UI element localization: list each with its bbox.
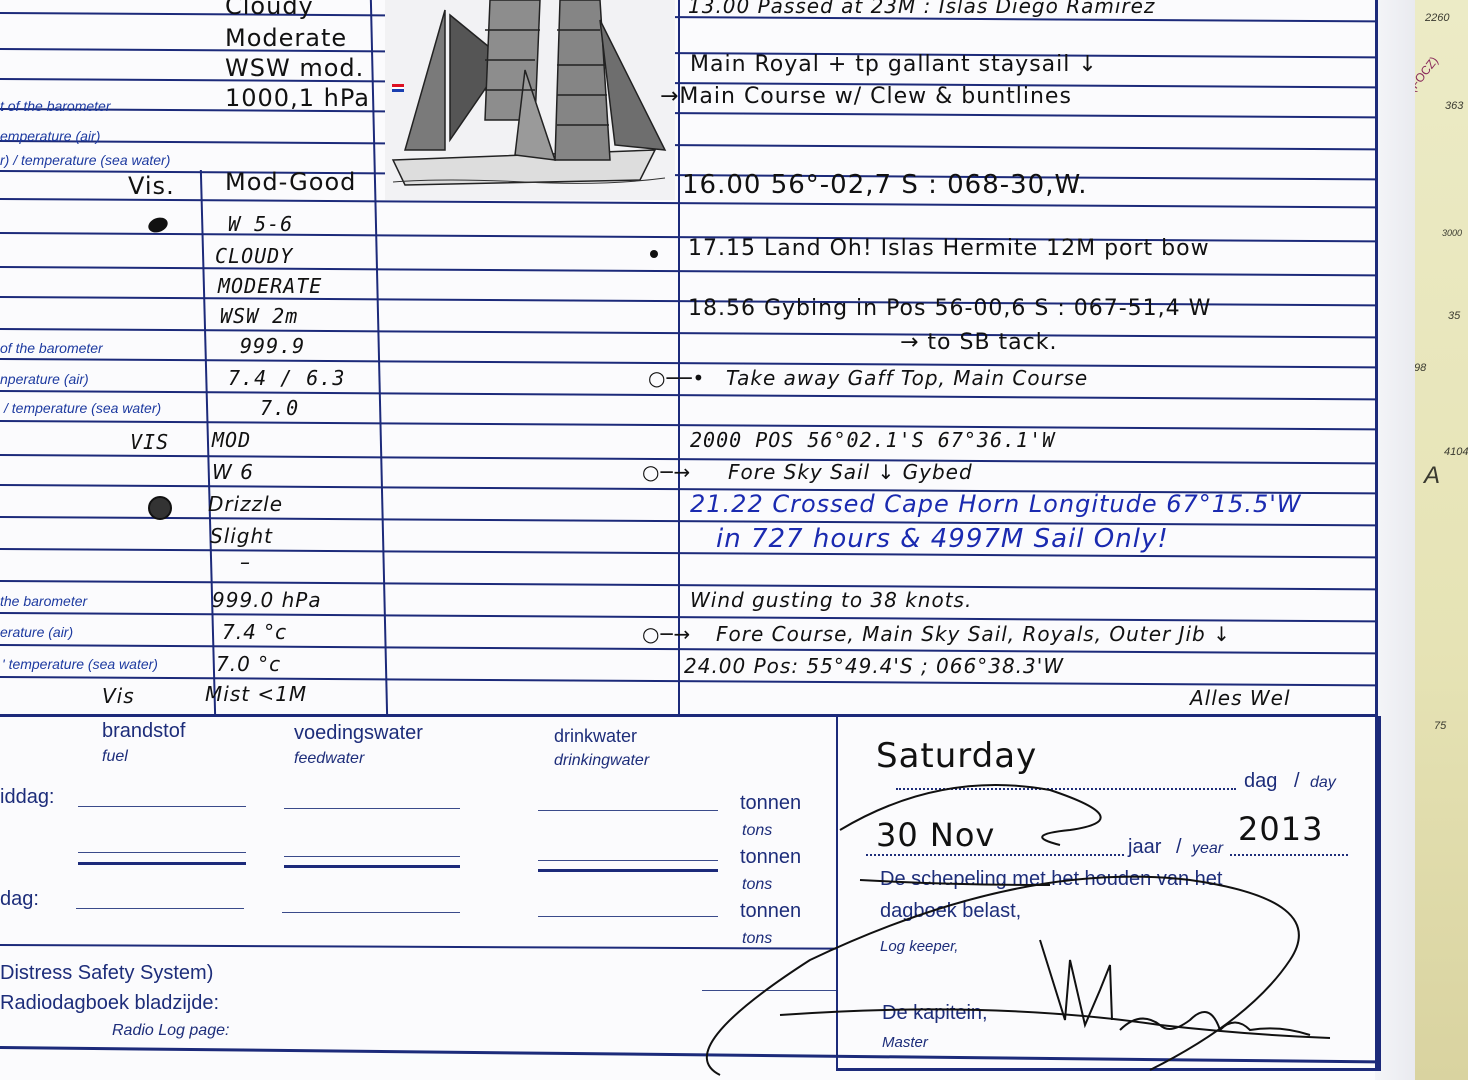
watch2-visibility: MOD: [212, 428, 251, 452]
radio-log-label-en: Radio Log page:: [112, 1022, 229, 1040]
supply-col-feedwater: voedingswater: [294, 722, 423, 745]
watch3-swell: –: [240, 550, 251, 574]
watch1-weather: Cloudy: [225, 0, 314, 20]
supply-col-drinkwater-en: drinkingwater: [554, 752, 649, 770]
fuel-field-3[interactable]: [76, 908, 244, 909]
watch3-wind: W 6: [212, 460, 254, 484]
feedwater-field-1[interactable]: [284, 808, 460, 809]
ruled-line: [0, 548, 1376, 558]
watch3-weather: Drizzle: [208, 492, 283, 516]
supply-row-label: dag:: [0, 888, 39, 911]
label-temp-air: nperature (air): [0, 371, 89, 387]
remark-entry: →Main Course w/ Clew & buntlines: [660, 84, 1072, 109]
chart-depth-label: A: [1424, 462, 1440, 490]
radio-log-label-nl: Radiodagboek bladzijde:: [0, 992, 219, 1015]
watch2-sea: MODERATE: [218, 274, 322, 298]
remark-entry: Alles Wel: [1190, 686, 1291, 710]
watch3-temp-sea: 7.0 °c: [216, 652, 281, 676]
arrow-icon: ○─→: [642, 460, 691, 484]
remark-entry: Main Royal + tp gallant staysail ↓: [690, 52, 1098, 77]
watch2-swell: WSW 2m: [220, 304, 298, 328]
chart-depth-label: 363: [1445, 100, 1463, 112]
ruled-line: [0, 580, 1376, 590]
fuel-field-1[interactable]: [78, 806, 246, 807]
watch2-wind: W 5-6: [228, 212, 293, 236]
watch3-temp-air: 7.4 °c: [222, 620, 287, 644]
page-edge: [1375, 0, 1415, 1080]
log-book-page: t of the barometer emperature (air) r) /…: [0, 0, 1410, 1080]
supply-col-fuel: brandstof: [102, 720, 185, 743]
feedwater-total-rule: [284, 865, 460, 868]
ship-drawing: [385, 0, 675, 200]
ruled-line: [0, 328, 1376, 338]
remark-entry: Fore Sky Sail ↓ Gybed: [728, 460, 973, 484]
remark-entry: Fore Course, Main Sky Sail, Royals, Oute…: [716, 622, 1231, 646]
watch2-barometer: 999.9: [240, 334, 305, 358]
feedwater-field-3[interactable]: [282, 912, 460, 913]
watch1-visibility: Mod-Good: [225, 168, 356, 196]
watch3-vis-label: Vis: [102, 684, 135, 708]
watch1-vis-label: Vis.: [128, 172, 175, 200]
label-temp-sea: ' temperature (sea water): [2, 656, 158, 672]
chart-depth-label: 98: [1414, 362, 1426, 374]
drizzle-symbol-icon: [148, 496, 172, 520]
watch1-sea: Moderate: [225, 24, 347, 52]
remark-entry: 18.56 Gybing in Pos 56-00,6 S : 067-51,4…: [688, 296, 1211, 321]
ruled-line: [0, 108, 1376, 118]
ruled-line: [0, 266, 1376, 276]
watch3-sea: Slight: [210, 524, 273, 548]
label-temp-sea: r) / temperature (sea water): [0, 152, 170, 168]
chart-depth-label: 75: [1434, 720, 1446, 732]
remark-entry: 2000 POS 56°02.1'S 67°36.1'W: [690, 428, 1055, 452]
watch2-temp-air: 7.4 / 6.3: [228, 366, 345, 390]
remark-entry: 17.15 Land Oh! Islas Hermite 12M port bo…: [688, 236, 1210, 261]
watch1-barometer: 1000,1 hPa: [225, 84, 370, 112]
watch2-weather: CLOUDY: [215, 244, 293, 268]
captain-signature: [690, 760, 1370, 1080]
remark-entry: Take away Gaff Top, Main Course: [726, 366, 1088, 390]
chart-depth-label: 3000: [1442, 228, 1462, 238]
feedwater-field-2[interactable]: [284, 856, 460, 857]
remark-entry: → to SB tack.: [900, 330, 1058, 355]
chart-depth-label: 4104: [1444, 446, 1468, 458]
radio-system-label: Distress Safety System): [0, 962, 213, 985]
watch2-temp-sea: 7.0: [260, 396, 299, 420]
ruled-line: [0, 140, 1376, 150]
supply-row-label: iddag:: [0, 786, 55, 809]
supply-col-drinkwater: drinkwater: [554, 726, 637, 747]
label-temp-air: erature (air): [0, 624, 73, 640]
fuel-total-rule: [78, 862, 246, 865]
label-temp-air: emperature (air): [0, 128, 100, 144]
watch3-visibility: Mist <1M: [205, 682, 307, 706]
remark-entry: 13.00 Passed at 23M : Islas Diego Ramire…: [688, 0, 1155, 18]
remark-entry-blue: 21.22 Crossed Cape Horn Longitude 67°15.…: [690, 490, 1302, 518]
watch2-vis-label: VIS: [130, 430, 169, 454]
fuel-field-2[interactable]: [78, 852, 246, 853]
ruled-line: [0, 48, 1376, 58]
supply-col-fuel-en: fuel: [102, 748, 128, 766]
dutch-flag-icon: [392, 84, 404, 92]
bullet-icon: [650, 250, 658, 258]
remark-entry: 16.00 56°-02,7 S : 068-30,W.: [682, 170, 1087, 200]
watch1-swell: WSW mod.: [225, 54, 364, 82]
remark-entry: Wind gusting to 38 knots.: [690, 588, 972, 612]
ruled-line: [0, 612, 1376, 622]
arrow-icon: ○──•: [648, 366, 705, 390]
label-barometer: t of the barometer: [0, 98, 111, 114]
watch3-barometer: 999.0 hPa: [212, 588, 322, 612]
chart-depth-label: 2260: [1425, 12, 1449, 24]
label-barometer: of the barometer: [0, 340, 103, 356]
label-temp-sea: / temperature (sea water): [4, 400, 161, 416]
supply-col-feedwater-en: feedwater: [294, 750, 364, 768]
arrow-icon: ○─→: [642, 622, 691, 646]
label-barometer: the barometer: [0, 593, 87, 609]
remark-entry: 24.00 Pos: 55°49.4'S ; 066°38.3'W: [684, 654, 1064, 678]
remark-entry-blue: in 727 hours & 4997M Sail Only!: [716, 524, 1169, 554]
chart-depth-label: 35: [1448, 310, 1460, 322]
